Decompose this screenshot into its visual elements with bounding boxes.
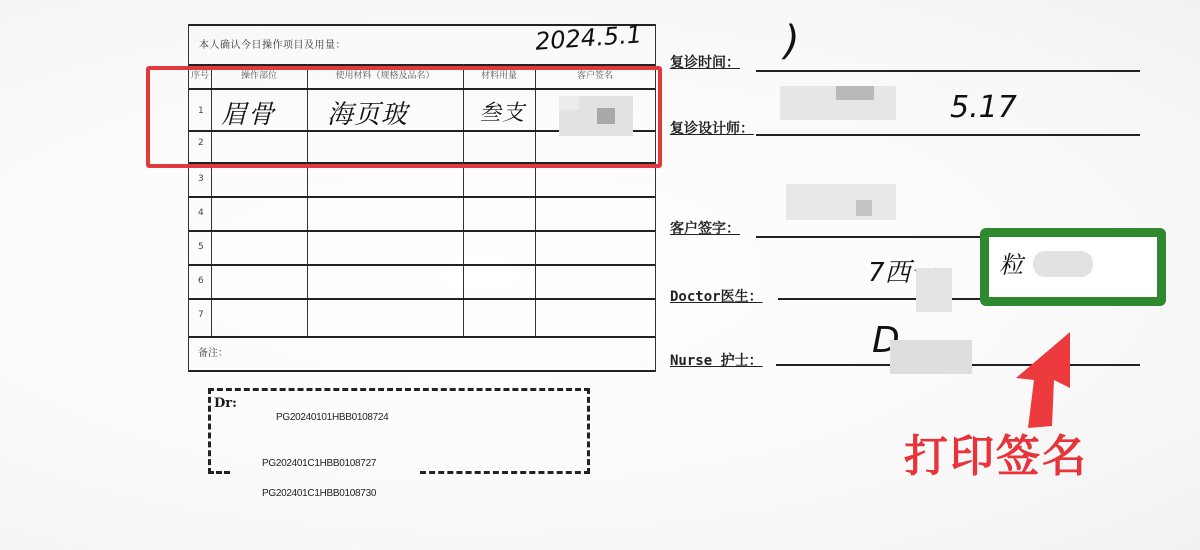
customer-sign-line bbox=[756, 236, 980, 238]
redacted-designer-name bbox=[780, 86, 896, 120]
redacted-customer-signature bbox=[786, 184, 896, 220]
handwritten-mark: ) bbox=[784, 18, 800, 64]
product-code: PG202401C1HBB0108730 bbox=[262, 488, 376, 499]
followup-designer-label: 复诊设计师： bbox=[670, 118, 754, 138]
product-code: PG202401C1HBB0108727 bbox=[262, 458, 376, 469]
customer-sign-label: 客户签字： bbox=[670, 218, 740, 238]
redacted-doctor-name bbox=[916, 268, 952, 312]
row-number: 5 bbox=[198, 242, 204, 252]
row-number: 7 bbox=[198, 310, 204, 320]
printed-signature: 粒 bbox=[999, 245, 1023, 280]
table-line bbox=[189, 298, 655, 300]
dr-label: Dr: bbox=[214, 396, 237, 411]
printed-signature-annotation: 打印签名 bbox=[904, 420, 1088, 484]
table-line bbox=[189, 230, 655, 232]
followup-time-line bbox=[756, 70, 1140, 72]
dr-box-border bbox=[208, 471, 230, 474]
nurse-label: Nurse 护士： bbox=[670, 350, 763, 370]
arrow-up-icon bbox=[1008, 330, 1078, 430]
table-border bbox=[189, 370, 655, 372]
handwritten-followup-date: 5.17 bbox=[950, 90, 1017, 125]
doctor-label: Doctor医生： bbox=[670, 286, 763, 306]
followup-time-label: 复诊时间： bbox=[670, 52, 740, 72]
table-line bbox=[189, 336, 655, 338]
printed-signature-highlight: 粒 bbox=[980, 228, 1166, 306]
redacted-printed-signature bbox=[1033, 251, 1093, 277]
row-number: 6 bbox=[198, 276, 204, 286]
row-number: 4 bbox=[198, 208, 204, 218]
followup-designer-line bbox=[756, 134, 1140, 136]
confirm-statement: 本人确认今日操作项目及用量： bbox=[199, 36, 346, 51]
table-line bbox=[189, 196, 655, 198]
table-line bbox=[189, 264, 655, 266]
row-number: 3 bbox=[198, 174, 204, 184]
remarks-label: 备注： bbox=[198, 344, 228, 359]
product-code: PG20240101HBB0108724 bbox=[276, 412, 388, 423]
redacted-nurse-name bbox=[890, 340, 972, 374]
dr-box-border bbox=[420, 471, 590, 474]
highlight-red-box bbox=[146, 66, 662, 168]
handwritten-date: 2024.5.1 bbox=[534, 20, 643, 55]
